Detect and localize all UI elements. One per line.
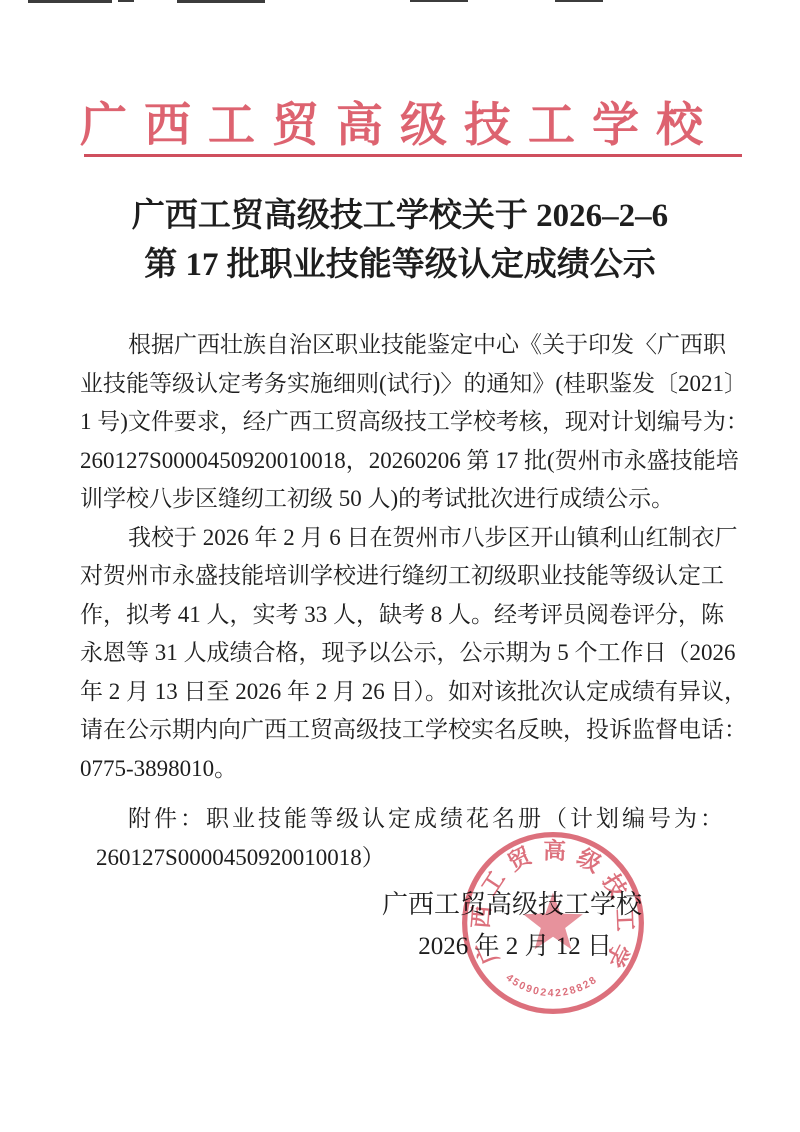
scan-artifact [555,0,603,2]
seal-ring-text: 广西工贸高级技工学校 [458,828,638,971]
official-seal-graphic: 广西工贸高级技工学校 4509024228828 [458,828,648,1018]
scan-artifact [118,0,134,2]
body-line: 我校于 2026 年 2 月 6 日在贺州市八步区开山镇利山红制衣厂 [80,519,732,558]
seal-star-icon [523,893,583,950]
official-seal: 广西工贸高级技工学校 4509024228828 [458,828,648,1018]
document-body: 根据广西壮族自治区职业技能鉴定中心《关于印发〈广西职 业技能等级认定考务实施细则… [80,326,732,877]
body-line: 1 号)文件要求，经广西工贸高级技工学校考核，现对计划编号为： [80,403,732,442]
body-line: 对贺州市永盛技能培训学校进行缝纫工初级职业技能等级认定工 [80,557,732,596]
body-line: 请在公示期内向广西工贸高级技工学校实名反映，投诉监督电话： [80,711,732,750]
body-line: 根据广西壮族自治区职业技能鉴定中心《关于印发〈广西职 [80,326,732,365]
svg-text:4509024228828: 4509024228828 [504,972,601,999]
body-line: 260127S0000450920010018，20260206 第 17 批(… [80,442,732,481]
masthead-title: 广西工贸高级技工学校 [0,88,800,155]
masthead-rule [84,154,742,157]
scan-artifact [177,0,265,3]
body-line: 0775-3898010。 [80,750,732,789]
document-title: 广西工贸高级技工学校关于 2026–2–6 第 17 批职业技能等级认定成绩公示 [0,192,800,290]
scan-artifact [28,0,112,3]
seal-serial-number: 4509024228828 [504,972,601,999]
body-line: 业技能等级认定考务实施细则(试行)〉的通知》(桂职鉴发〔2021〕 [80,365,732,404]
body-line: 作，拟考 41 人，实考 33 人，缺考 8 人。经考评员阅卷评分，陈 [80,596,732,635]
body-line: 永恩等 31 人成绩合格，现予以公示，公示期为 5 个工作日（2026 [80,634,732,673]
body-line: 年 2 月 13 日至 2026 年 2 月 26 日）。如对该批次认定成绩有异… [80,673,732,712]
scan-artifact [410,0,468,2]
document-title-line1: 广西工贸高级技工学校关于 2026–2–6 [0,192,800,241]
document-page: 广西工贸高级技工学校 广西工贸高级技工学校关于 2026–2–6 第 17 批职… [0,0,800,1132]
body-line: 训学校八步区缝纫工初级 50 人)的考试批次进行成绩公示。 [80,480,732,519]
document-title-line2: 第 17 批职业技能等级认定成绩公示 [0,241,800,290]
svg-text:广西工贸高级技工学校: 广西工贸高级技工学校 [458,828,638,971]
